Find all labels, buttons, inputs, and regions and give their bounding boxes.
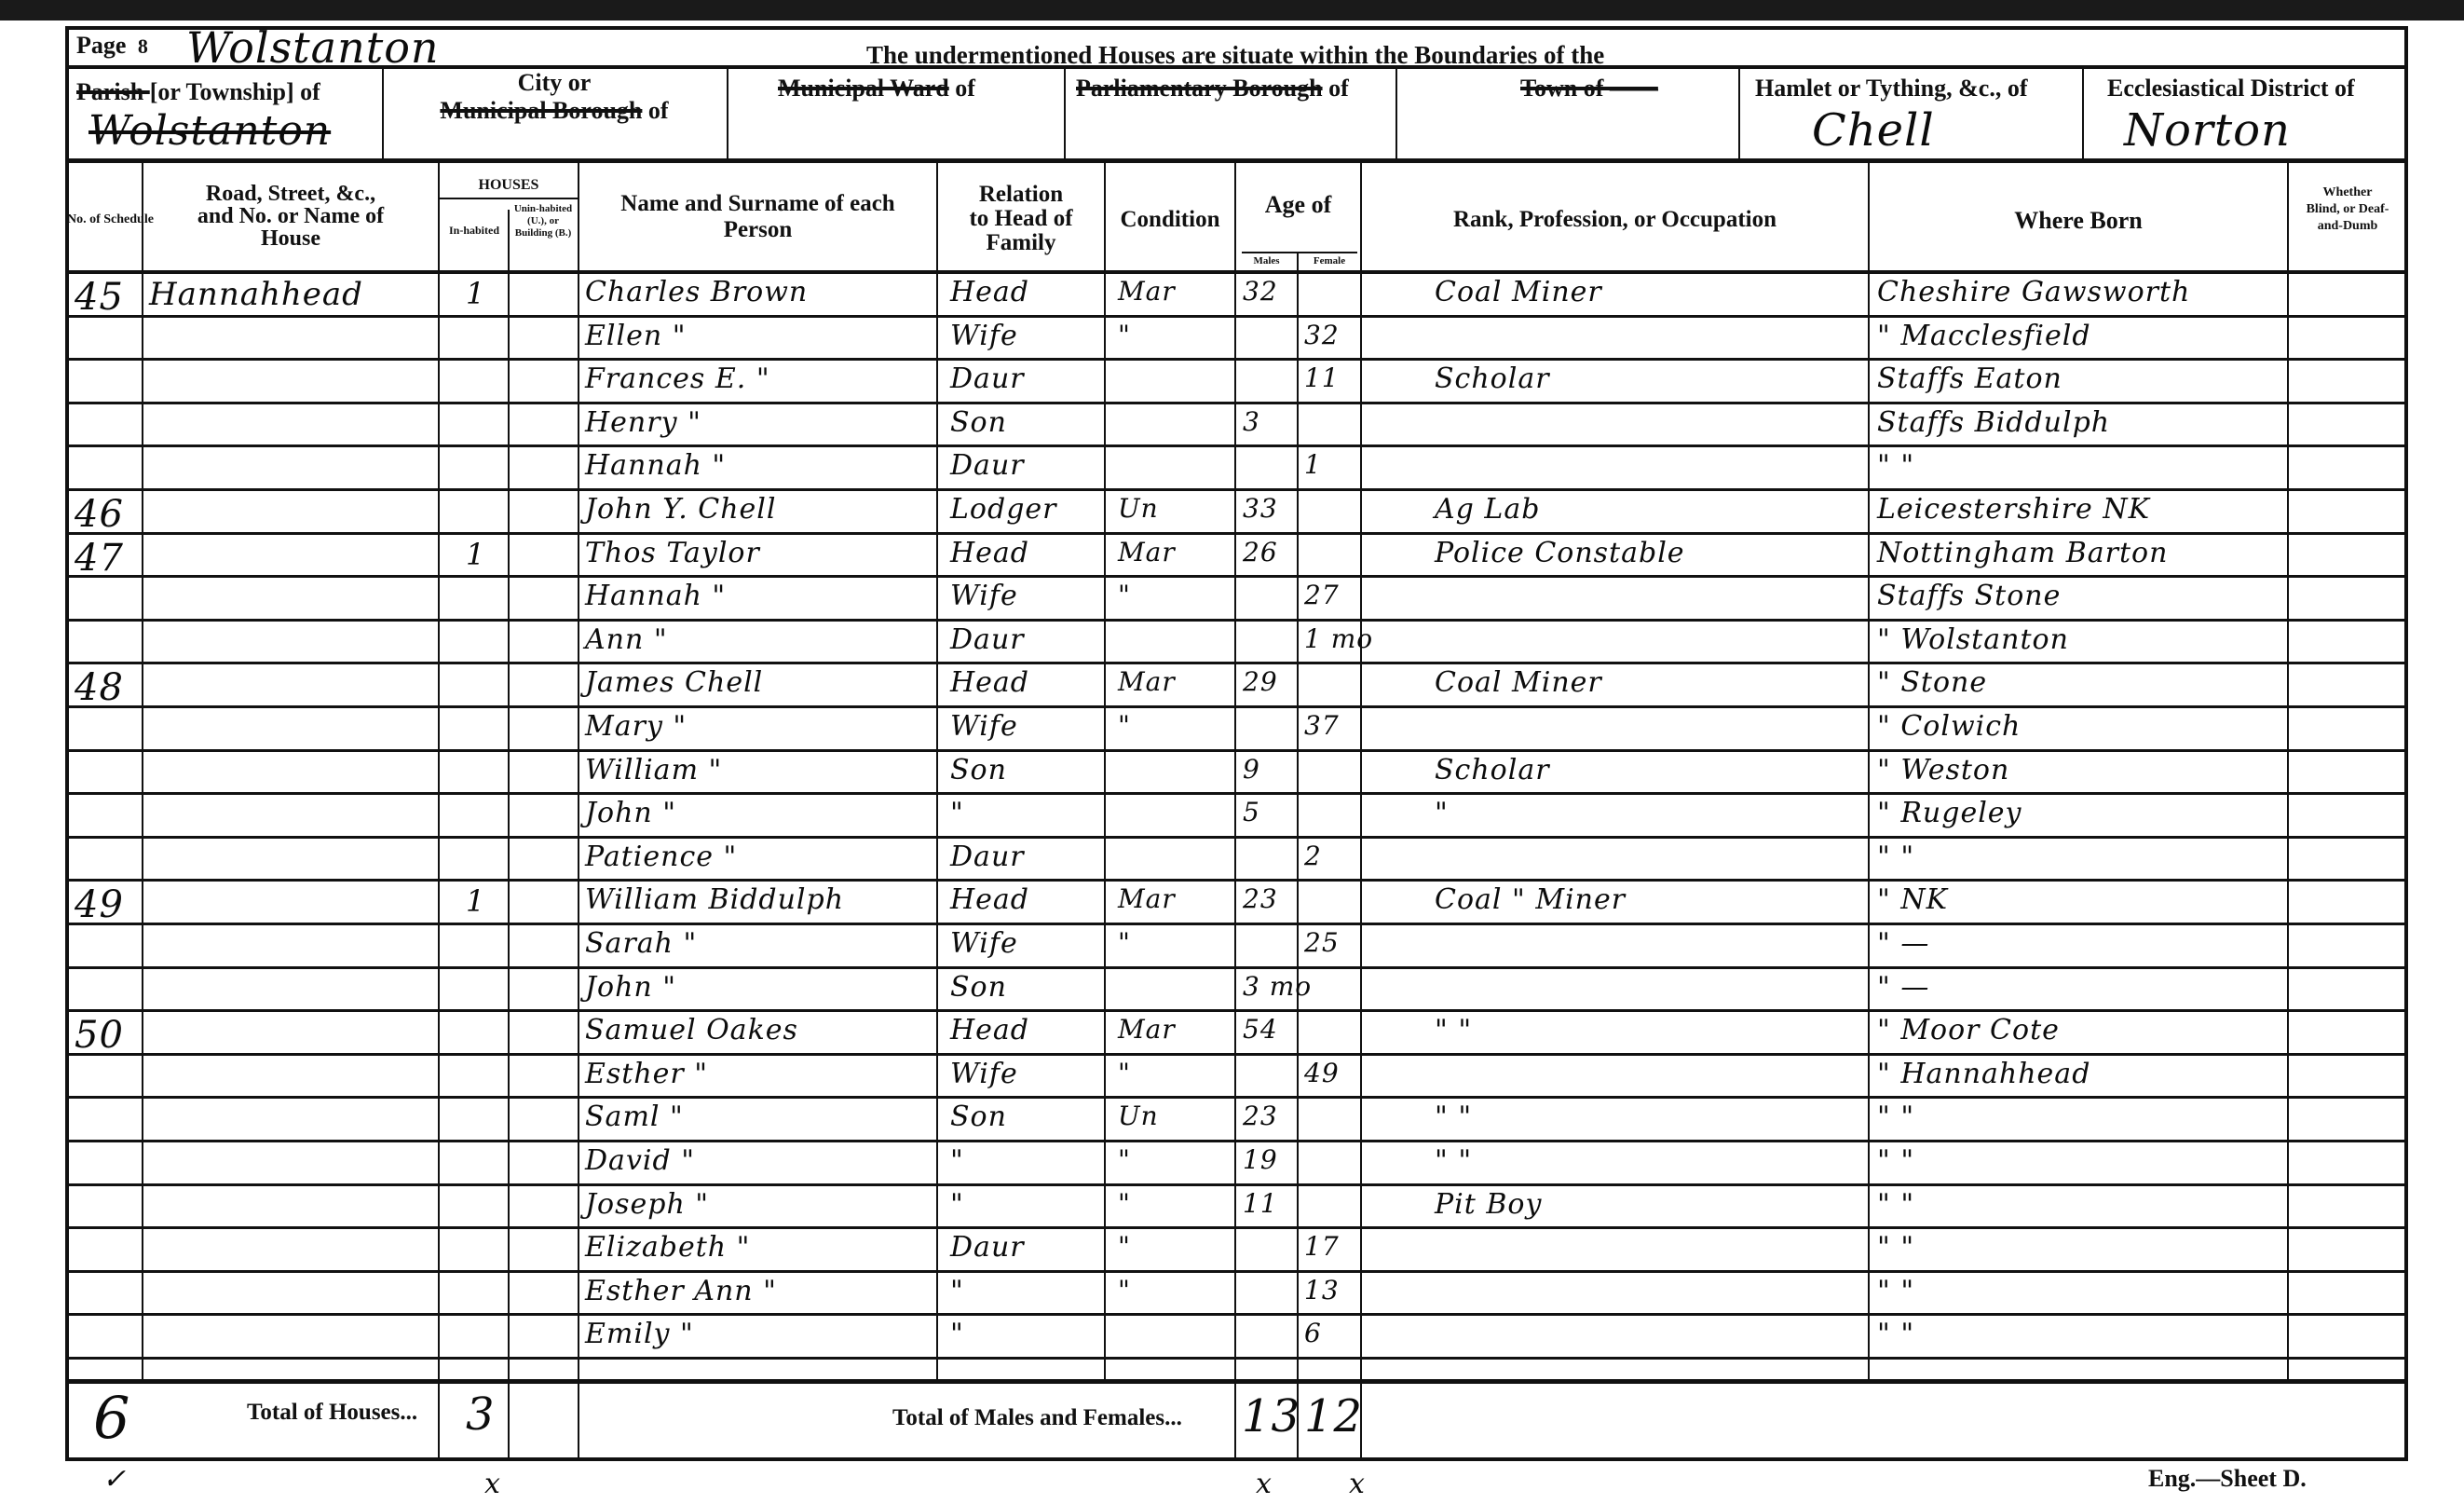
boundary-divider xyxy=(2082,65,2084,158)
cell-schedule: 47 xyxy=(75,537,124,580)
cell-name: Samuel Oakes xyxy=(585,1014,798,1046)
col-header-blind-line3: and-Dumb xyxy=(2289,218,2406,235)
col-header-relation-line2: to Head of xyxy=(938,207,1104,231)
row-rule xyxy=(67,1226,2406,1229)
cell-occupation: " " xyxy=(1435,1101,1472,1133)
cell-male-age: 23 xyxy=(1243,883,1278,914)
cell-occupation: " " xyxy=(1435,1144,1472,1177)
cell-male-age: 5 xyxy=(1243,797,1260,827)
row-rule xyxy=(67,662,2406,664)
boundary-divider xyxy=(1395,65,1397,158)
cell-relation: Head xyxy=(950,883,1029,916)
cell-male-age: 32 xyxy=(1243,276,1278,307)
col-divider xyxy=(1868,163,1870,1379)
row-rule xyxy=(67,966,2406,969)
cell-relation: " xyxy=(950,1188,964,1221)
row-rule xyxy=(67,315,2406,318)
cell-female-age: 32 xyxy=(1304,320,1340,350)
cell-where-born: Staffs Eaton xyxy=(1877,362,2062,395)
cell-condition: " xyxy=(1118,1275,1131,1306)
tally-males: x xyxy=(1256,1468,1273,1500)
cell-female-age: 25 xyxy=(1304,927,1340,958)
cell-condition: Mar xyxy=(1118,666,1176,697)
cell-condition: Mar xyxy=(1118,537,1176,567)
cell-occupation: Scholar xyxy=(1435,754,1550,786)
cell-male-age: 9 xyxy=(1243,754,1260,785)
cell-relation: Wife xyxy=(950,320,1018,352)
col-header-relation-line3: Family xyxy=(938,231,1104,255)
cell-name: Emily " xyxy=(585,1318,694,1350)
boundary-divider xyxy=(1064,65,1066,158)
col-divider xyxy=(936,163,938,1379)
cell-name: Esther Ann " xyxy=(585,1275,777,1307)
boundary-divider xyxy=(382,65,384,158)
totals-persons-label: Total of Males and Females... xyxy=(892,1405,1182,1431)
tally-females: x xyxy=(1349,1468,1366,1500)
cell-male-age: 11 xyxy=(1243,1188,1278,1219)
cell-name: Charles Brown xyxy=(585,276,808,308)
cell-relation: Head xyxy=(950,537,1029,569)
cell-name: William " xyxy=(585,754,722,786)
cell-male-age: 23 xyxy=(1243,1101,1278,1131)
boundary-parish-label: Parish [or Township] of xyxy=(76,78,320,106)
row-rule xyxy=(67,1183,2406,1186)
cell-name: Henry " xyxy=(585,406,701,439)
cell-condition: Mar xyxy=(1118,883,1176,914)
cell-name: Joseph " xyxy=(585,1188,709,1221)
col-header-road-line1: Road, Street, &c., xyxy=(143,183,438,205)
col-header-inhabited: In-habited xyxy=(442,224,507,238)
boundary-ward-label: Municipal Ward of xyxy=(778,75,975,103)
totals-females: 12 xyxy=(1304,1390,1363,1442)
col-divider xyxy=(142,163,143,1379)
col-header-houses: HOUSES xyxy=(440,177,578,194)
cell-name: John " xyxy=(585,971,676,1004)
cell-where-born: " NK xyxy=(1877,883,1948,916)
boundary-divider xyxy=(727,65,728,158)
cell-where-born: " " xyxy=(1877,841,1914,873)
row-rule xyxy=(67,879,2406,882)
boundary-parish-value: Wolstanton xyxy=(88,107,331,155)
cell-name: Sarah " xyxy=(585,927,697,960)
col-divider xyxy=(1104,163,1106,1379)
col-header-where-born: Where Born xyxy=(1870,207,2287,235)
cell-female-age: 1 xyxy=(1304,449,1322,480)
tally-houses: x xyxy=(484,1468,501,1500)
cell-schedule: 49 xyxy=(75,883,124,926)
cell-name: Elizabeth " xyxy=(585,1231,750,1264)
row-rule xyxy=(67,1096,2406,1099)
row-rule xyxy=(67,358,2406,361)
cell-condition: Mar xyxy=(1118,1014,1176,1045)
cell-where-born: " " xyxy=(1877,1275,1914,1307)
cell-relation: Wife xyxy=(950,1058,1018,1090)
cell-occupation: Coal " Miner xyxy=(1435,883,1626,916)
cell-condition: Un xyxy=(1118,493,1159,524)
cell-relation: Head xyxy=(950,666,1029,699)
cell-relation: Daur xyxy=(950,1231,1025,1264)
cell-occupation: Pit Boy xyxy=(1435,1188,1542,1221)
cell-relation: Wife xyxy=(950,710,1018,743)
totals-houses-label: Total of Houses... xyxy=(247,1400,417,1426)
col-header-schedule: No. of Schedule xyxy=(67,210,142,230)
cell-relation: Daur xyxy=(950,623,1025,656)
cell-female-age: 2 xyxy=(1304,841,1322,871)
cell-relation: Wife xyxy=(950,927,1018,960)
cell-name: Ann " xyxy=(585,623,668,656)
row-rule xyxy=(67,836,2406,839)
row-rule xyxy=(67,792,2406,795)
cell-male-age: 26 xyxy=(1243,537,1278,567)
cell-where-born: Leicestershire NK xyxy=(1877,493,2150,526)
col-header-blind-line1: Whether xyxy=(2289,185,2406,201)
cell-relation: Son xyxy=(950,406,1007,439)
cell-female-age: 27 xyxy=(1304,580,1340,610)
cell-where-born: " — xyxy=(1877,927,1929,960)
cell-condition: Un xyxy=(1118,1101,1159,1131)
cell-name: John " xyxy=(585,797,676,829)
cell-where-born: " " xyxy=(1877,1318,1914,1350)
header-rule-3 xyxy=(67,270,2406,274)
cell-where-born: Cheshire Gawsworth xyxy=(1877,276,2190,308)
cell-where-born: " " xyxy=(1877,1144,1914,1177)
cell-schedule: 45 xyxy=(75,276,124,319)
scan-top-edge xyxy=(0,0,2464,21)
cell-name: David " xyxy=(585,1144,695,1177)
cell-male-age: 19 xyxy=(1243,1144,1278,1175)
row-rule xyxy=(67,705,2406,708)
boundary-hamlet-value: Chell xyxy=(1812,104,1935,157)
cell-male-age: 3 mo xyxy=(1243,971,1312,1002)
row-rule xyxy=(67,575,2406,578)
row-rule xyxy=(67,402,2406,404)
cell-relation: Son xyxy=(950,1101,1007,1133)
cell-relation: " xyxy=(950,1144,964,1177)
boundary-divider xyxy=(1738,65,1740,158)
cell-occupation: " " xyxy=(1435,1014,1472,1046)
cell-condition: Mar xyxy=(1118,276,1176,307)
cell-relation: Son xyxy=(950,754,1007,786)
row-rule xyxy=(67,1140,2406,1142)
col-header-name-line1: Name and Surname of each xyxy=(579,191,936,217)
cell-name: Mary " xyxy=(585,710,687,743)
cell-occupation: Coal Miner xyxy=(1435,666,1602,699)
row-rule xyxy=(67,1270,2406,1273)
boundary-hamlet-label: Hamlet or Tything, &c., of xyxy=(1755,75,2027,103)
houses-subrule xyxy=(440,198,578,199)
cell-where-born: " Moor Cote xyxy=(1877,1014,2060,1046)
cell-condition: " xyxy=(1118,580,1131,610)
row-rule xyxy=(67,532,2406,535)
cell-where-born: " — xyxy=(1877,971,1929,1004)
cell-condition: " xyxy=(1118,1188,1131,1219)
col-header-age: Age of xyxy=(1236,191,1360,219)
cell-relation: " xyxy=(950,1275,964,1307)
cell-where-born: " Rugeley xyxy=(1877,797,2022,829)
row-rule xyxy=(67,619,2406,622)
cell-relation: Son xyxy=(950,971,1007,1004)
cell-name: Thos Taylor xyxy=(585,537,760,569)
cell-name: James Chell xyxy=(585,666,763,699)
cell-where-born: " Colwich xyxy=(1877,710,2021,743)
cell-where-born: " " xyxy=(1877,449,1914,482)
cell-inhabited: 1 xyxy=(466,276,485,311)
cell-relation: Daur xyxy=(950,841,1025,873)
tally-schedule: ✓ xyxy=(102,1463,127,1496)
col-header-road-line2: and No. or Name of xyxy=(143,205,438,227)
cell-occupation: Police Constable xyxy=(1435,537,1685,569)
cell-name: Hannah " xyxy=(585,449,726,482)
cell-where-born: " Stone xyxy=(1877,666,1987,699)
col-header-blind-line2: Blind, or Deaf- xyxy=(2289,201,2406,218)
cell-schedule: 48 xyxy=(75,666,124,709)
cell-female-age: 49 xyxy=(1304,1058,1340,1088)
boundary-parl-label: Parliamentary Borough of xyxy=(1076,75,1349,103)
header-rule-2 xyxy=(67,158,2406,163)
cell-where-born: " Wolstanton xyxy=(1877,623,2069,656)
cell-female-age: 11 xyxy=(1304,362,1340,393)
cell-female-age: 6 xyxy=(1304,1318,1322,1348)
col-header-relation: Relation to Head of Family xyxy=(938,183,1104,255)
cell-where-born: " Weston xyxy=(1877,754,2009,786)
cell-condition: " xyxy=(1118,320,1131,350)
cell-condition: " xyxy=(1118,1058,1131,1088)
cell-condition: " xyxy=(1118,710,1131,741)
row-rule xyxy=(67,749,2406,752)
cell-female-age: 1 mo xyxy=(1304,623,1373,654)
totals-males: 13 xyxy=(1242,1390,1300,1442)
cell-relation: Head xyxy=(950,276,1029,308)
totals-houses-value: 3 xyxy=(466,1388,496,1441)
cell-female-age: 13 xyxy=(1304,1275,1340,1306)
cell-relation: " xyxy=(950,1318,964,1350)
cell-name: Patience " xyxy=(585,841,737,873)
cell-occupation: Scholar xyxy=(1435,362,1550,395)
cell-where-born: Staffs Biddulph xyxy=(1877,406,2110,439)
cell-where-born: " Macclesfield xyxy=(1877,320,2091,352)
totals-schedules-count: 6 xyxy=(93,1384,130,1452)
cell-name: Hannah " xyxy=(585,580,726,612)
cell-male-age: 33 xyxy=(1243,493,1278,524)
col-header-condition: Condition xyxy=(1106,207,1234,233)
cell-condition: " xyxy=(1118,1144,1131,1175)
col-header-relation-line1: Relation xyxy=(938,183,1104,207)
cell-occupation: Coal Miner xyxy=(1435,276,1602,308)
cell-male-age: 29 xyxy=(1243,666,1278,697)
col-header-name: Name and Surname of each Person xyxy=(579,191,936,243)
cell-where-born: Staffs Stone xyxy=(1877,580,2061,612)
cell-relation: Daur xyxy=(950,362,1025,395)
boundary-city-label: City orMunicipal Borough of xyxy=(391,69,717,125)
cell-female-age: 37 xyxy=(1304,710,1340,741)
cell-where-born: " " xyxy=(1877,1188,1914,1221)
cell-male-age: 54 xyxy=(1243,1014,1278,1045)
boundary-town-label: Town of —— xyxy=(1520,75,1658,103)
row-rule xyxy=(67,1053,2406,1056)
col-header-road: Road, Street, &c., and No. or Name of Ho… xyxy=(143,183,438,250)
cell-where-born: " " xyxy=(1877,1101,1914,1133)
cell-name: Saml " xyxy=(585,1101,684,1133)
cell-relation: Wife xyxy=(950,580,1018,612)
col-header-uninhabited: Unin-habited (U.), or Building (B.) xyxy=(510,203,576,239)
row-rule xyxy=(67,1009,2406,1012)
age-subrule xyxy=(1242,252,1357,253)
cell-inhabited: 1 xyxy=(466,537,485,572)
totals-rule-top xyxy=(67,1379,2406,1384)
cell-name: John Y. Chell xyxy=(585,493,777,526)
boundary-ecclesiastical-label: Ecclesiastical District of xyxy=(2107,75,2355,103)
col-header-road-line3: House xyxy=(143,227,438,250)
col-header-occupation: Rank, Profession, or Occupation xyxy=(1362,207,1868,233)
row-rule xyxy=(67,923,2406,925)
cell-condition: " xyxy=(1118,1231,1131,1262)
row-rule xyxy=(67,488,2406,491)
cell-name: Ellen " xyxy=(585,320,687,352)
cell-name: Esther " xyxy=(585,1058,708,1090)
cell-male-age: 3 xyxy=(1243,406,1260,437)
cell-where-born: Nottingham Barton xyxy=(1877,537,2168,569)
cell-where-born: " " xyxy=(1877,1231,1914,1264)
cell-name: Frances E. " xyxy=(585,362,770,395)
cell-road: Hannahhead xyxy=(149,276,363,313)
row-rule xyxy=(67,444,2406,447)
col-header-name-line2: Person xyxy=(579,217,936,243)
boundary-ecclesiastical-value: Norton xyxy=(2124,104,2291,157)
cell-occupation: " xyxy=(1435,797,1449,829)
cell-female-age: 17 xyxy=(1304,1231,1340,1262)
cell-relation: Daur xyxy=(950,449,1025,482)
cell-name: William Biddulph xyxy=(585,883,844,916)
cell-relation: Head xyxy=(950,1014,1029,1046)
col-divider xyxy=(2287,163,2289,1379)
cell-inhabited: 1 xyxy=(466,883,485,919)
col-divider xyxy=(1297,252,1299,1461)
sheet-footer: Eng.—Sheet D. xyxy=(2148,1465,2307,1493)
cell-occupation: Ag Lab xyxy=(1435,493,1540,526)
cell-condition: " xyxy=(1118,927,1131,958)
row-rule xyxy=(67,1357,2406,1360)
cell-schedule: 50 xyxy=(75,1014,124,1057)
cell-schedule: 46 xyxy=(75,493,124,536)
cell-relation: " xyxy=(950,797,964,829)
cell-where-born: " Hannahhead xyxy=(1877,1058,2090,1090)
col-header-males: Males xyxy=(1236,255,1297,267)
col-header-females: Female xyxy=(1299,255,1360,267)
cell-relation: Lodger xyxy=(950,493,1057,526)
row-rule xyxy=(67,1313,2406,1316)
col-header-blind: Whether Blind, or Deaf- and-Dumb xyxy=(2289,185,2406,235)
